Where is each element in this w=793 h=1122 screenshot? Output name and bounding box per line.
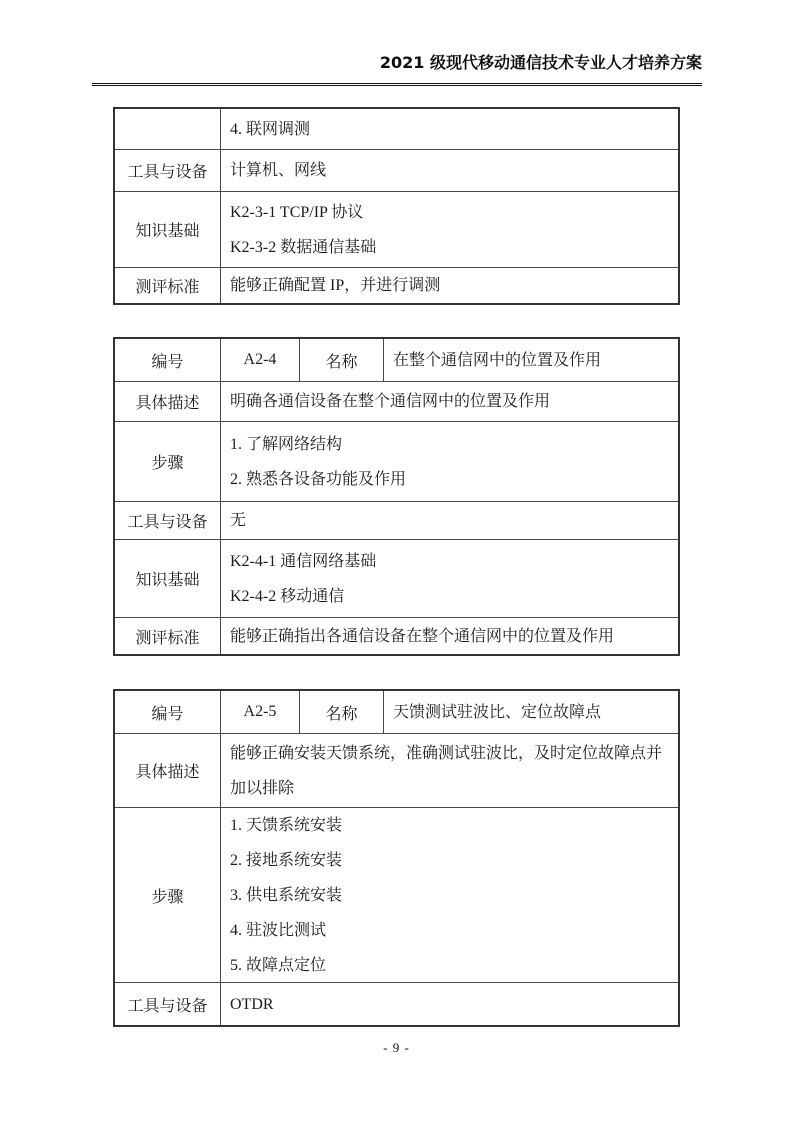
content-line: K2-3-1 TCP/IP 协议 bbox=[230, 195, 668, 230]
row-content: 1. 天馈系统安装 2. 接地系统安装 3. 供电系统安装 4. 驻波比测试 5… bbox=[221, 808, 678, 982]
page-number: - 9 - bbox=[383, 1040, 410, 1055]
page-header: 2021 级现代移动通信技术专业人才培养方案 bbox=[92, 52, 702, 86]
content-line: 计算机、网线 bbox=[230, 153, 668, 188]
table-row: 知识基础 K2-3-1 TCP/IP 协议 K2-3-2 数据通信基础 bbox=[115, 191, 678, 267]
content-line: K2-4-2 移动通信 bbox=[230, 579, 668, 614]
row-content: 无 bbox=[221, 502, 678, 539]
row-content: 计算机、网线 bbox=[221, 150, 678, 191]
row-label: 测评标准 bbox=[115, 268, 221, 303]
content-line: K2-4-1 通信网络基础 bbox=[230, 544, 668, 579]
content-line: 1. 了解网络结构 bbox=[230, 427, 668, 462]
table-a2-3-continued: 4. 联网调测 工具与设备 计算机、网线 知识基础 K2-3-1 TCP/IP … bbox=[113, 107, 680, 305]
table-row: 工具与设备 计算机、网线 bbox=[115, 149, 678, 191]
row-content: K2-4-1 通信网络基础 K2-4-2 移动通信 bbox=[221, 540, 678, 617]
id-value: A2-4 bbox=[221, 339, 300, 381]
row-label: 工具与设备 bbox=[115, 983, 221, 1025]
content-line: 能够正确指出各通信设备在整个通信网中的位置及作用 bbox=[230, 619, 668, 654]
content-line: 明确各通信设备在整个通信网中的位置及作用 bbox=[230, 384, 668, 419]
content-line: 在整个通信网中的位置及作用 bbox=[393, 343, 668, 378]
content-line: 天馈测试驻波比、定位故障点 bbox=[393, 695, 668, 730]
page-title: 2021 级现代移动通信技术专业人才培养方案 bbox=[92, 52, 702, 74]
content-line: 5. 故障点定位 bbox=[230, 948, 668, 983]
row-content: K2-3-1 TCP/IP 协议 K2-3-2 数据通信基础 bbox=[221, 192, 678, 267]
table-row: 工具与设备 无 bbox=[115, 501, 678, 539]
name-value: 在整个通信网中的位置及作用 bbox=[384, 339, 678, 381]
row-label: 知识基础 bbox=[115, 192, 221, 267]
table-row: 工具与设备 OTDR bbox=[115, 982, 678, 1025]
content-line: 3. 供电系统安装 bbox=[230, 878, 668, 913]
content-line: 能够正确配置 IP，并进行调测 bbox=[230, 268, 668, 303]
table-a2-4: 编号 A2-4 名称 在整个通信网中的位置及作用 具体描述 明确各通信设备在整个… bbox=[113, 337, 680, 656]
table-a2-5: 编号 A2-5 名称 天馈测试驻波比、定位故障点 具体描述 能够正确安装天馈系统… bbox=[113, 689, 680, 1027]
document-content: 4. 联网调测 工具与设备 计算机、网线 知识基础 K2-3-1 TCP/IP … bbox=[113, 107, 680, 1027]
row-label: 工具与设备 bbox=[115, 150, 221, 191]
name-label: 名称 bbox=[300, 339, 384, 381]
name-value: 天馈测试驻波比、定位故障点 bbox=[384, 691, 678, 733]
row-content: 能够正确配置 IP，并进行调测 bbox=[221, 268, 678, 303]
table-header-row: 编号 A2-4 名称 在整个通信网中的位置及作用 bbox=[115, 339, 678, 381]
table-row: 测评标准 能够正确配置 IP，并进行调测 bbox=[115, 267, 678, 303]
content-line: 能够正确安装天馈系统，准确测试驻波比，及时定位故障点并加以排除 bbox=[230, 736, 668, 806]
content-line: K2-3-2 数据通信基础 bbox=[230, 230, 668, 265]
table-header-row: 编号 A2-5 名称 天馈测试驻波比、定位故障点 bbox=[115, 691, 678, 733]
row-label: 知识基础 bbox=[115, 540, 221, 617]
row-content: 能够正确指出各通信设备在整个通信网中的位置及作用 bbox=[221, 618, 678, 654]
row-label: 具体描述 bbox=[115, 734, 221, 807]
row-label: 步骤 bbox=[115, 422, 221, 501]
page-footer: - 9 - bbox=[0, 1040, 793, 1056]
content-line: 无 bbox=[230, 503, 668, 538]
row-label: 工具与设备 bbox=[115, 502, 221, 539]
row-content: 1. 了解网络结构 2. 熟悉各设备功能及作用 bbox=[221, 422, 678, 501]
table-row: 知识基础 K2-4-1 通信网络基础 K2-4-2 移动通信 bbox=[115, 539, 678, 617]
table-row: 具体描述 能够正确安装天馈系统，准确测试驻波比，及时定位故障点并加以排除 bbox=[115, 733, 678, 807]
table-row: 具体描述 明确各通信设备在整个通信网中的位置及作用 bbox=[115, 381, 678, 421]
name-label: 名称 bbox=[300, 691, 384, 733]
row-label: 具体描述 bbox=[115, 382, 221, 421]
id-label: 编号 bbox=[115, 691, 221, 733]
content-line: 4. 联网调测 bbox=[230, 112, 668, 147]
row-content: 4. 联网调测 bbox=[221, 109, 678, 149]
table-row: 测评标准 能够正确指出各通信设备在整个通信网中的位置及作用 bbox=[115, 617, 678, 654]
table-row: 4. 联网调测 bbox=[115, 109, 678, 149]
table-row: 步骤 1. 天馈系统安装 2. 接地系统安装 3. 供电系统安装 4. 驻波比测… bbox=[115, 807, 678, 982]
row-content: 能够正确安装天馈系统，准确测试驻波比，及时定位故障点并加以排除 bbox=[221, 734, 678, 807]
row-content: OTDR bbox=[221, 983, 678, 1025]
content-line: OTDR bbox=[230, 987, 668, 1022]
row-label: 测评标准 bbox=[115, 618, 221, 654]
content-line: 2. 接地系统安装 bbox=[230, 843, 668, 878]
content-line: 1. 天馈系统安装 bbox=[230, 808, 668, 843]
row-label bbox=[115, 109, 221, 149]
content-line: 2. 熟悉各设备功能及作用 bbox=[230, 462, 668, 497]
row-label: 步骤 bbox=[115, 808, 221, 982]
id-label: 编号 bbox=[115, 339, 221, 381]
content-line: 4. 驻波比测试 bbox=[230, 913, 668, 948]
row-content: 明确各通信设备在整个通信网中的位置及作用 bbox=[221, 382, 678, 421]
id-value: A2-5 bbox=[221, 691, 300, 733]
table-row: 步骤 1. 了解网络结构 2. 熟悉各设备功能及作用 bbox=[115, 421, 678, 501]
